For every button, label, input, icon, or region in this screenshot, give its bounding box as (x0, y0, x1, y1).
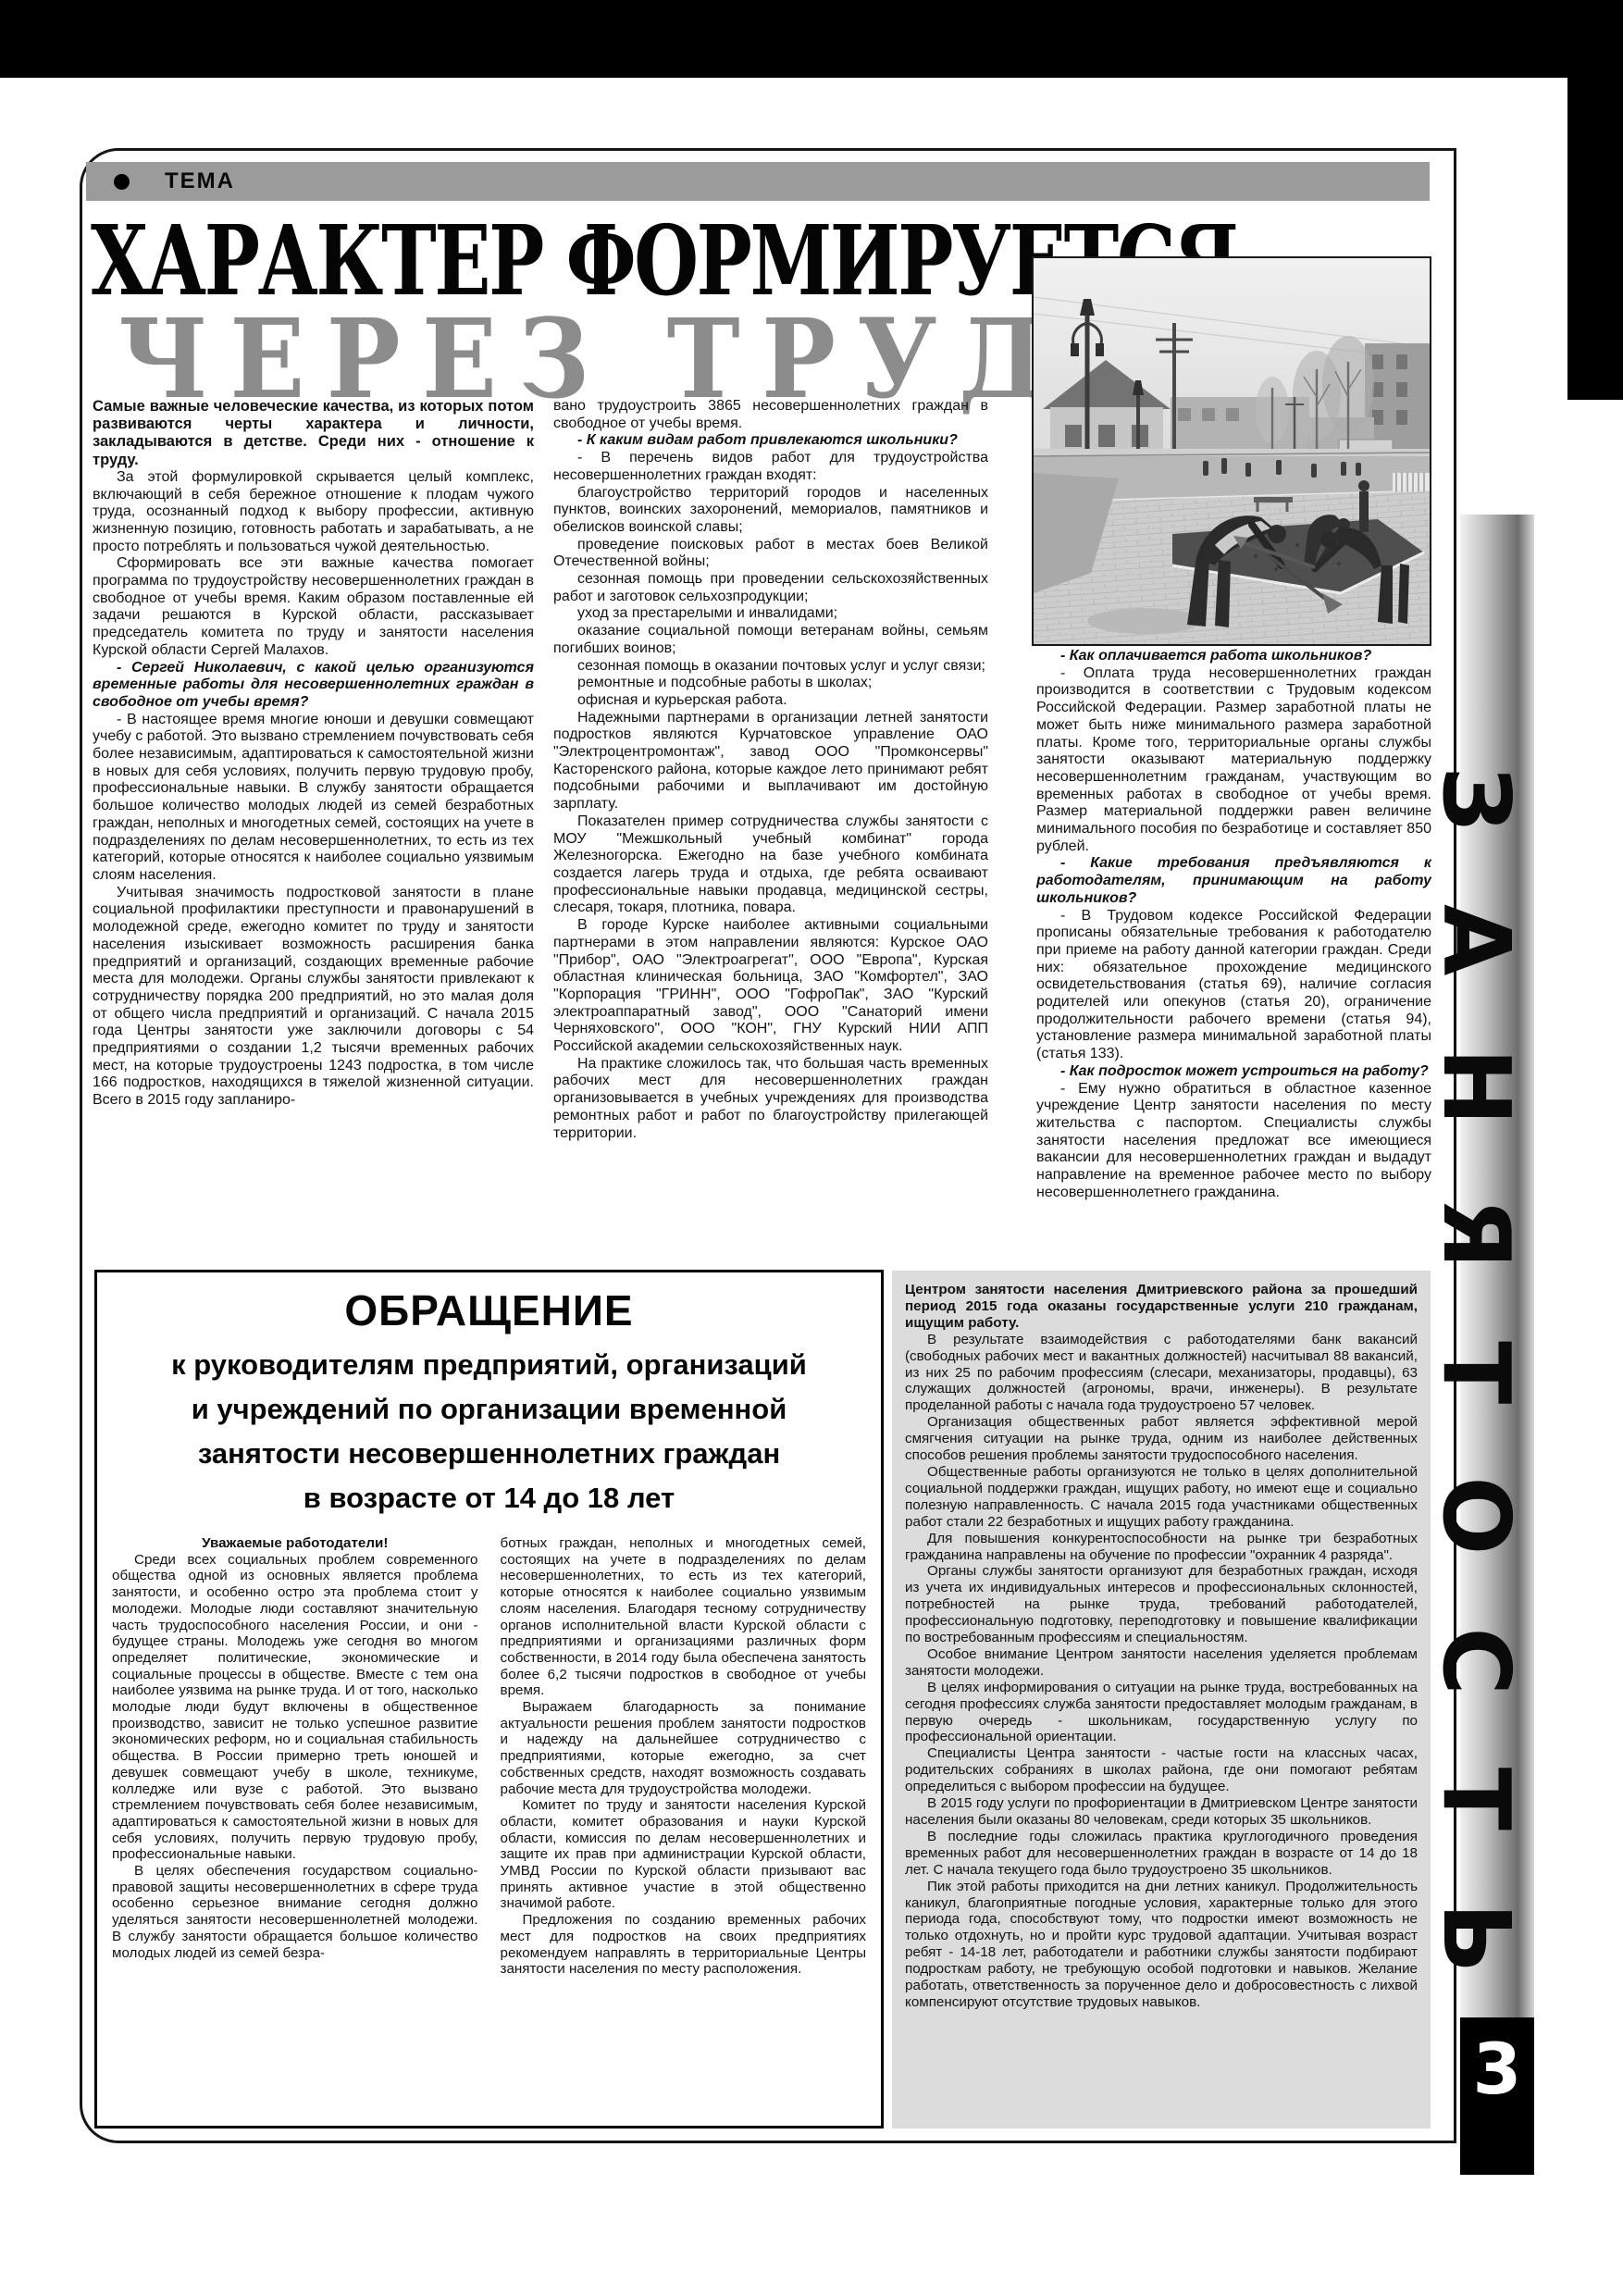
paragraph: Предложения по созданию временных рабочи… (501, 1912, 867, 1978)
list-item: ремонтные и подсобные работы в школах; (553, 675, 988, 692)
list-item: благоустройство территорий городов и нас… (553, 485, 988, 537)
paragraph: В целях обеспечения государством социаль… (112, 1863, 478, 1961)
list-item: оказание социальной помощи ветеранам вой… (553, 623, 988, 657)
list-item: уход за престарелыми и инвалидами; (553, 605, 988, 623)
article-lead: Самые важные человеческие качества, из к… (93, 398, 534, 469)
article-column-2: вано трудоустроить 3865 несовершеннолетн… (553, 398, 988, 1257)
paragraph: Сформировать все эти важные качества пом… (93, 555, 534, 659)
page-number-box: 3 (1460, 2017, 1534, 2175)
kicker-label: ТЕМА (165, 168, 235, 194)
scan-edge-right (1567, 0, 1623, 400)
bullet-icon (114, 174, 130, 190)
paragraph: В результате взаимодействия с работодате… (905, 1332, 1418, 1415)
appeal-box: ОБРАЩЕНИЕ к руководителям предприятий, о… (94, 1270, 884, 2128)
paragraph: - Оплата труда несовершеннолетних гражда… (1036, 665, 1431, 856)
paragraph: вано трудоустроить 3865 несовершеннолетн… (553, 398, 988, 432)
paragraph: Органы службы занятости организуют для б… (905, 1563, 1418, 1646)
list-item: офисная и курьерская работа. (553, 692, 988, 710)
appeal-subtitle-line: к руководителям предприятий, организаций (112, 1343, 866, 1387)
section-vertical-label: ЗАНЯТОСТЬ (1422, 766, 1530, 2045)
newspaper-page: ТЕМА ХАРАКТЕР ФОРМИРУЕТСЯ ЧЕРЕЗ ТРУД (0, 0, 1623, 2296)
paragraph: Выражаем благодарность за понимание акту… (501, 1699, 867, 1797)
list-item: проведение поисковых работ в местах боев… (553, 537, 988, 571)
paragraph: - В Трудовом кодексе Российской Федераци… (1036, 908, 1431, 1063)
paragraph: - В перечень видов работ для трудоустрой… (553, 450, 988, 484)
list-item: сезонная помощь при проведении сельскохо… (553, 571, 988, 605)
paragraph: В последние годы сложилась практика круг… (905, 1829, 1418, 1879)
paragraph: Надежными партнерами в организации летне… (553, 710, 988, 813)
paragraph: Для повышения конкурентоспособности на р… (905, 1531, 1418, 1564)
article-column-3: - Как оплачивается работа школьников? - … (1036, 648, 1431, 1257)
paragraph: - В настоящее время многие юноши и девуш… (93, 712, 534, 885)
paragraph: В 2015 году услуги по профориентации в Д… (905, 1795, 1418, 1829)
paragraph: - Ему нужно обратиться в областное казен… (1036, 1081, 1431, 1202)
interview-question: - К каким видам работ привлекаются школь… (553, 432, 988, 450)
kicker-bar: ТЕМА (86, 162, 1430, 201)
paragraph: Среди всех социальных проблем современно… (112, 1552, 478, 1863)
paragraph: Организация общественных работ является … (905, 1414, 1418, 1464)
appeal-title: ОБРАЩЕНИЕ (112, 1285, 866, 1335)
paragraph: Показателен пример сотрудничества службы… (553, 813, 988, 917)
district-lead: Центром занятости населения Дмитриевског… (905, 1282, 1418, 1332)
paragraph: Специалисты Центра занятости - частые го… (905, 1745, 1418, 1795)
interview-question: - Как оплачивается работа школьников? (1036, 648, 1431, 665)
paragraph: За этой формулировкой скрывается целый к… (93, 469, 534, 556)
paragraph: Учитывая значимость подростковой занятос… (93, 885, 534, 1110)
paragraph: Общественные работы организуются не толь… (905, 1464, 1418, 1531)
scan-edge-top (0, 0, 1623, 78)
interview-question: - Сергей Николаевич, с какой целью орган… (93, 660, 534, 712)
section-sidebar: ЗАНЯТОСТЬ (1460, 515, 1534, 2017)
appeal-subtitle-line: в возрасте от 14 до 18 лет (112, 1476, 866, 1520)
district-news-box: Центром занятости населения Дмитриевског… (892, 1271, 1431, 2128)
photo-scene (1034, 258, 1430, 644)
paragraph: На практике сложилось так, что большая ч… (553, 1056, 988, 1143)
salutation: Уважаемые работодатели! (112, 1535, 478, 1552)
paragraph: Пик этой работы приходится на дни летних… (905, 1879, 1418, 2011)
paragraph: В городе Курске наиболее активными социа… (553, 917, 988, 1056)
paragraph: Особое внимание Центром занятости населе… (905, 1646, 1418, 1680)
appeal-columns: Уважаемые работодатели! Среди всех социа… (112, 1535, 866, 2128)
paragraph: ботных граждан, неполных и многодетных с… (501, 1535, 867, 1699)
appeal-subtitle-line: и учреждений по организации временной (112, 1387, 866, 1432)
paragraph: В целях информирования о ситуации на рын… (905, 1680, 1418, 1746)
page-number: 3 (1473, 2028, 1522, 2110)
paragraph: Комитет по труду и занятости населения К… (501, 1797, 867, 1912)
appeal-column-left: Уважаемые работодатели! Среди всех социа… (112, 1535, 478, 2128)
appeal-subtitle-line: занятости несовершеннолетних граждан (112, 1432, 866, 1476)
interview-question: - Как подросток может устроиться на рабо… (1036, 1063, 1431, 1081)
appeal-column-right: ботных граждан, неполных и многодетных с… (501, 1535, 867, 2128)
article-column-1: Самые важные человеческие качества, из к… (93, 398, 534, 1257)
interview-question: - Какие требования предъявляются к работ… (1036, 855, 1431, 907)
street-work-photo (1032, 256, 1431, 646)
list-item: сезонная помощь в оказании почтовых услу… (553, 658, 988, 676)
